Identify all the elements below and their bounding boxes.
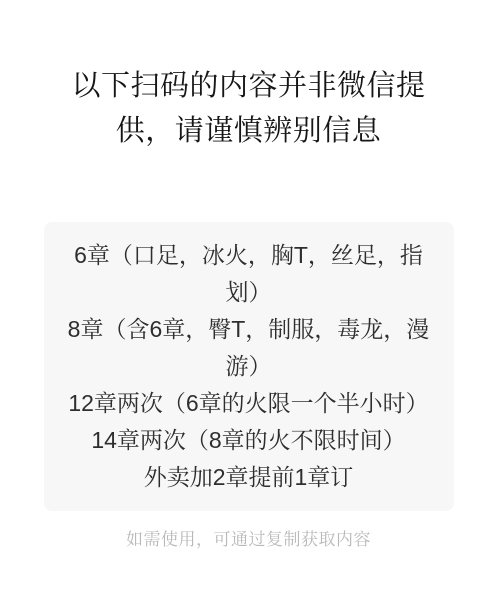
scanned-content-line: 8章（含6章，臀T，制服，毒龙，漫游） (65, 311, 433, 385)
scanned-content-line: 6章（口足，冰火，胸T，丝足，指划） (65, 237, 433, 311)
scan-result-page: 以下扫码的内容并非微信提供，请谨慎辨别信息 6章（口足，冰火，胸T，丝足，指划）… (0, 0, 497, 597)
copy-hint-text: 如需使用，可通过复制获取内容 (19, 527, 479, 552)
scanned-content-line: 12章两次（6章的火限一个半小时） (65, 385, 433, 422)
scanned-content-box: 6章（口足，冰火，胸T，丝足，指划）8章（含6章，臀T，制服，毒龙，漫游）12章… (44, 222, 454, 511)
scanned-content-line: 外卖加2章提前1章订 (65, 459, 433, 496)
scanned-content-line: 14章两次（8章的火不限时间） (65, 422, 433, 459)
scan-warning-title: 以下扫码的内容并非微信提供，请谨慎辨别信息 (63, 64, 435, 154)
